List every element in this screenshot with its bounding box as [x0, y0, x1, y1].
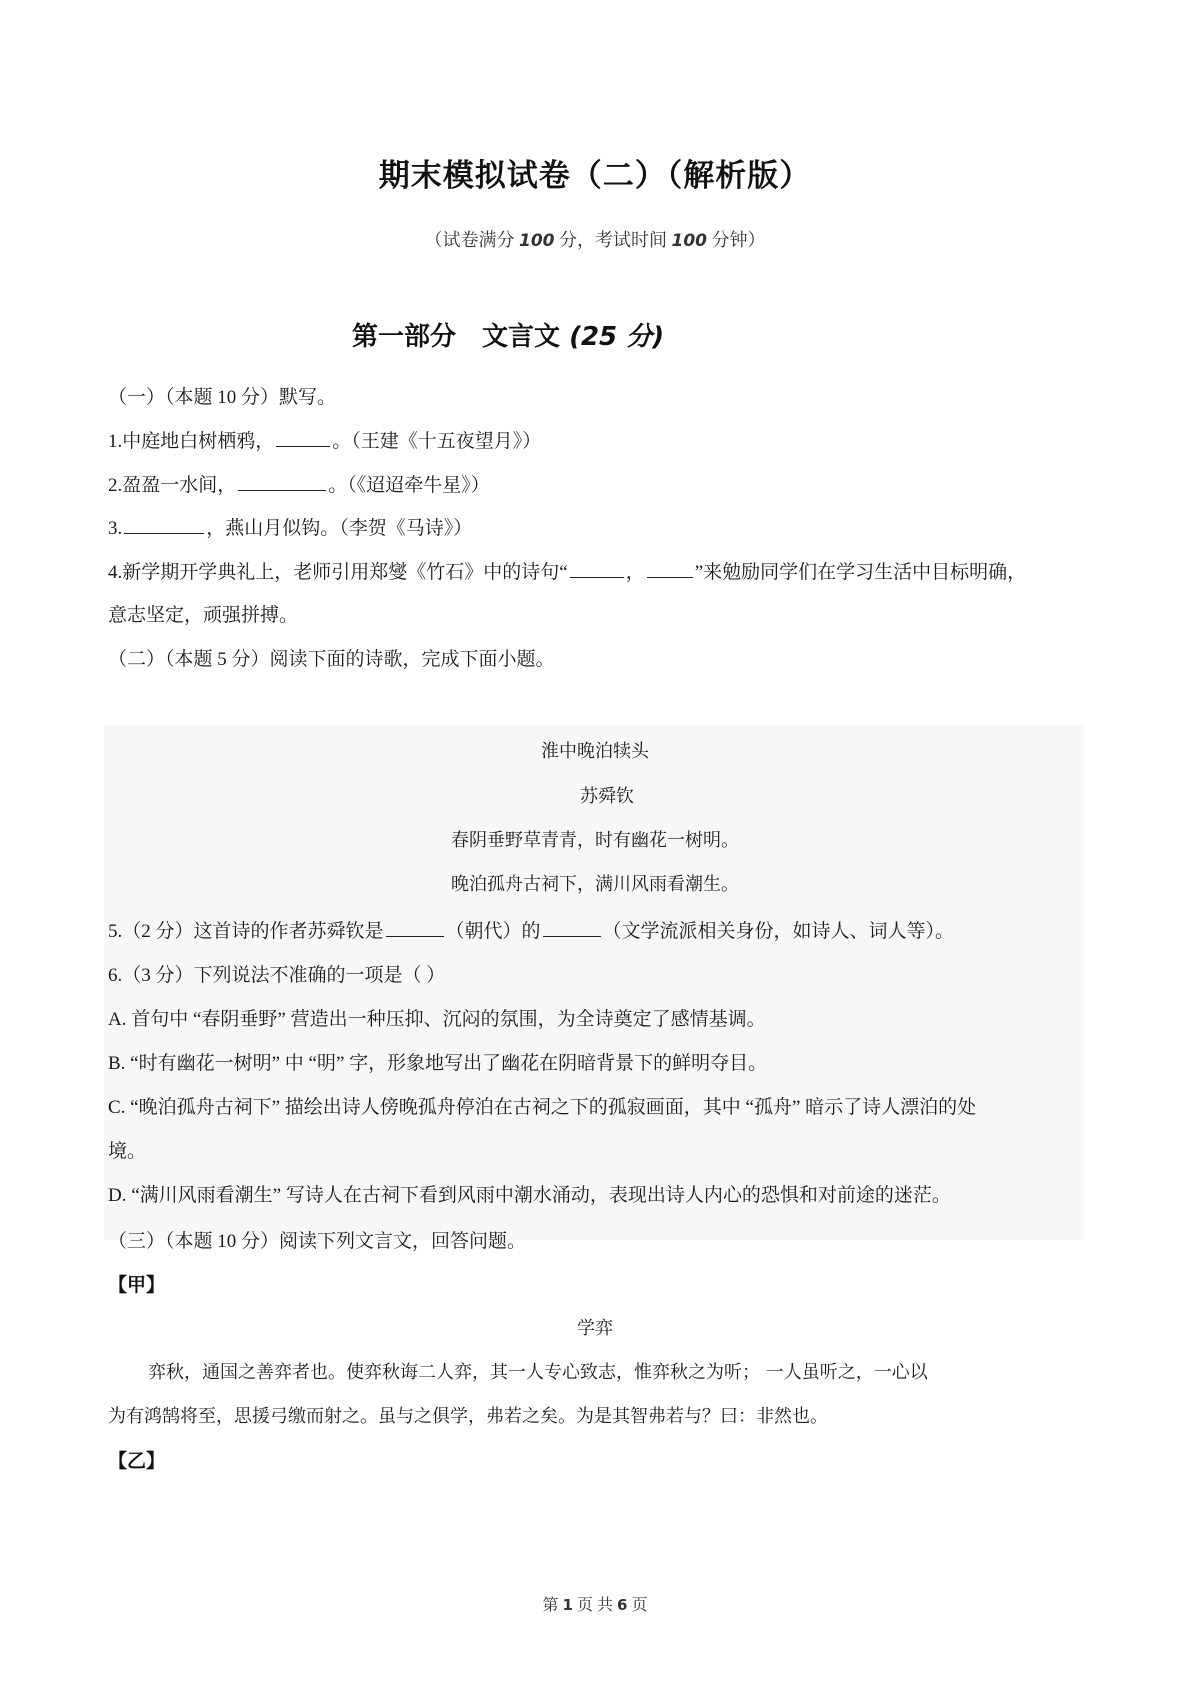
question-1-source: 。（王建《十五夜望月》） [332, 431, 541, 452]
answer-blank [647, 559, 693, 578]
full-score: 100 [519, 231, 555, 251]
page-number: 1 [563, 1596, 573, 1614]
poem-line-1: 春阴垂野草青青，时有幽花一树明。 [0, 826, 1190, 852]
question-3: 3.，燕山月似钩。（李贺《马诗》） [108, 513, 472, 540]
option-d: D. “满川风雨看潮生” 写诗人在古祠下看到风雨中潮水涌动，表现出诗人内心的恐惧… [108, 1180, 951, 1207]
option-c-continued: 境。 [108, 1136, 146, 1163]
section-1-heading: （一）（本题 10 分）默写。 [108, 382, 336, 409]
question-2-text: 2.盈盈一水间， [108, 475, 236, 496]
passage-jia-line-2: 为有鸿鹄将至，思援弓缴而射之。虽与之俱学，弗若之矣。为是其智弗若与？曰：非然也。 [108, 1402, 828, 1428]
passage-yi-label: 【乙】 [108, 1446, 165, 1473]
question-5-mid: （朝代）的 [446, 921, 541, 942]
poem-title: 淮中晚泊犊头 [0, 737, 1190, 763]
answer-blank [543, 918, 601, 937]
question-4: 4.新学期开学典礼上，老师引用郑燮《竹石》中的诗句“，”来勉励同学们在学习生活中… [108, 557, 1026, 584]
part-title: 第一部分 文言文 [352, 322, 560, 352]
question-5: 5.（2 分）这首诗的作者苏舜钦是（朝代）的（文学流派相关身份，如诗人、词人等）… [108, 916, 954, 943]
option-a: A. 首句中 “春阴垂野” 营造出一种压抑、沉闷的氛围，为全诗奠定了感情基调。 [108, 1004, 766, 1031]
comma: ， [626, 562, 645, 583]
part-heading: 第一部分 文言文 (25 分) [352, 316, 664, 353]
exam-duration: 100 [672, 231, 708, 251]
question-4-continued: 意志坚定，顽强拼搏。 [108, 600, 298, 627]
passage-jia-label: 【甲】 [108, 1270, 165, 1297]
question-6-stem: 6.（3 分）下列说法不准确的一项是（ ） [108, 960, 445, 987]
question-1: 1.中庭地白树栖鸦，。（王建《十五夜望月》） [108, 426, 541, 453]
question-3-text: ，燕山月似钩。（李贺《马诗》） [206, 518, 472, 539]
total-pages: 6 [617, 1596, 627, 1614]
answer-blank [570, 559, 624, 578]
question-4-text-end: ”来勉励同学们在学习生活中目标明确， [695, 562, 1026, 583]
exam-info-suffix: 分钟） [712, 230, 766, 250]
passage-jia-line-1: 弈秋，通国之善弈者也。使弈秋诲二人弈，其一人专心致志，惟弈秋之为听； 一人虽听之… [148, 1358, 928, 1384]
footer-mid: 页 共 [577, 1597, 613, 1614]
question-3-number: 3. [108, 518, 122, 539]
question-2: 2.盈盈一水间，。（《迢迢牵牛星》） [108, 470, 490, 497]
section-3-heading: （三）（本题 10 分）阅读下列文言文，回答问题。 [108, 1226, 526, 1253]
question-5-end: （文学流派相关身份，如诗人、词人等）。 [603, 921, 955, 942]
footer-prefix: 第 [543, 1597, 559, 1614]
exam-info: （试卷满分 100 分，考试时间 100 分钟） [0, 226, 1190, 252]
option-c: C. “晚泊孤舟古祠下” 描绘出诗人傍晚孤舟停泊在古祠之下的孤寂画面，其中 “孤… [108, 1092, 976, 1119]
answer-blank [238, 472, 326, 491]
exam-info-mid: 分，考试时间 [559, 230, 667, 250]
footer-suffix: 页 [631, 1597, 647, 1614]
answer-blank [386, 918, 444, 937]
poem-line-2: 晚泊孤舟古祠下，满川风雨看潮生。 [0, 870, 1190, 896]
page-footer: 第 1 页 共 6 页 [0, 1592, 1190, 1615]
question-2-source: 。（《迢迢牵牛星》） [328, 475, 490, 496]
option-b: B. “时有幽花一树明” 中 “明” 字，形象地写出了幽花在阴暗背景下的鲜明夺目… [108, 1048, 767, 1075]
question-5-text: 5.（2 分）这首诗的作者苏舜钦是 [108, 921, 384, 942]
question-4-text: 4.新学期开学典礼上，老师引用郑燮《竹石》中的诗句“ [108, 562, 568, 583]
answer-blank [276, 428, 330, 447]
passage-jia-title: 学弈 [0, 1314, 1190, 1340]
poem-author: 苏舜钦 [0, 782, 1190, 808]
answer-blank [124, 515, 204, 534]
section-2-heading: （二）（本题 5 分）阅读下面的诗歌，完成下面小题。 [108, 644, 555, 671]
exam-info-prefix: （试卷满分 [425, 230, 515, 250]
question-1-text: 1.中庭地白树栖鸦， [108, 431, 274, 452]
part-score: (25 分) [569, 322, 664, 352]
document-title: 期末模拟试卷（二）（解析版） [0, 150, 1190, 195]
